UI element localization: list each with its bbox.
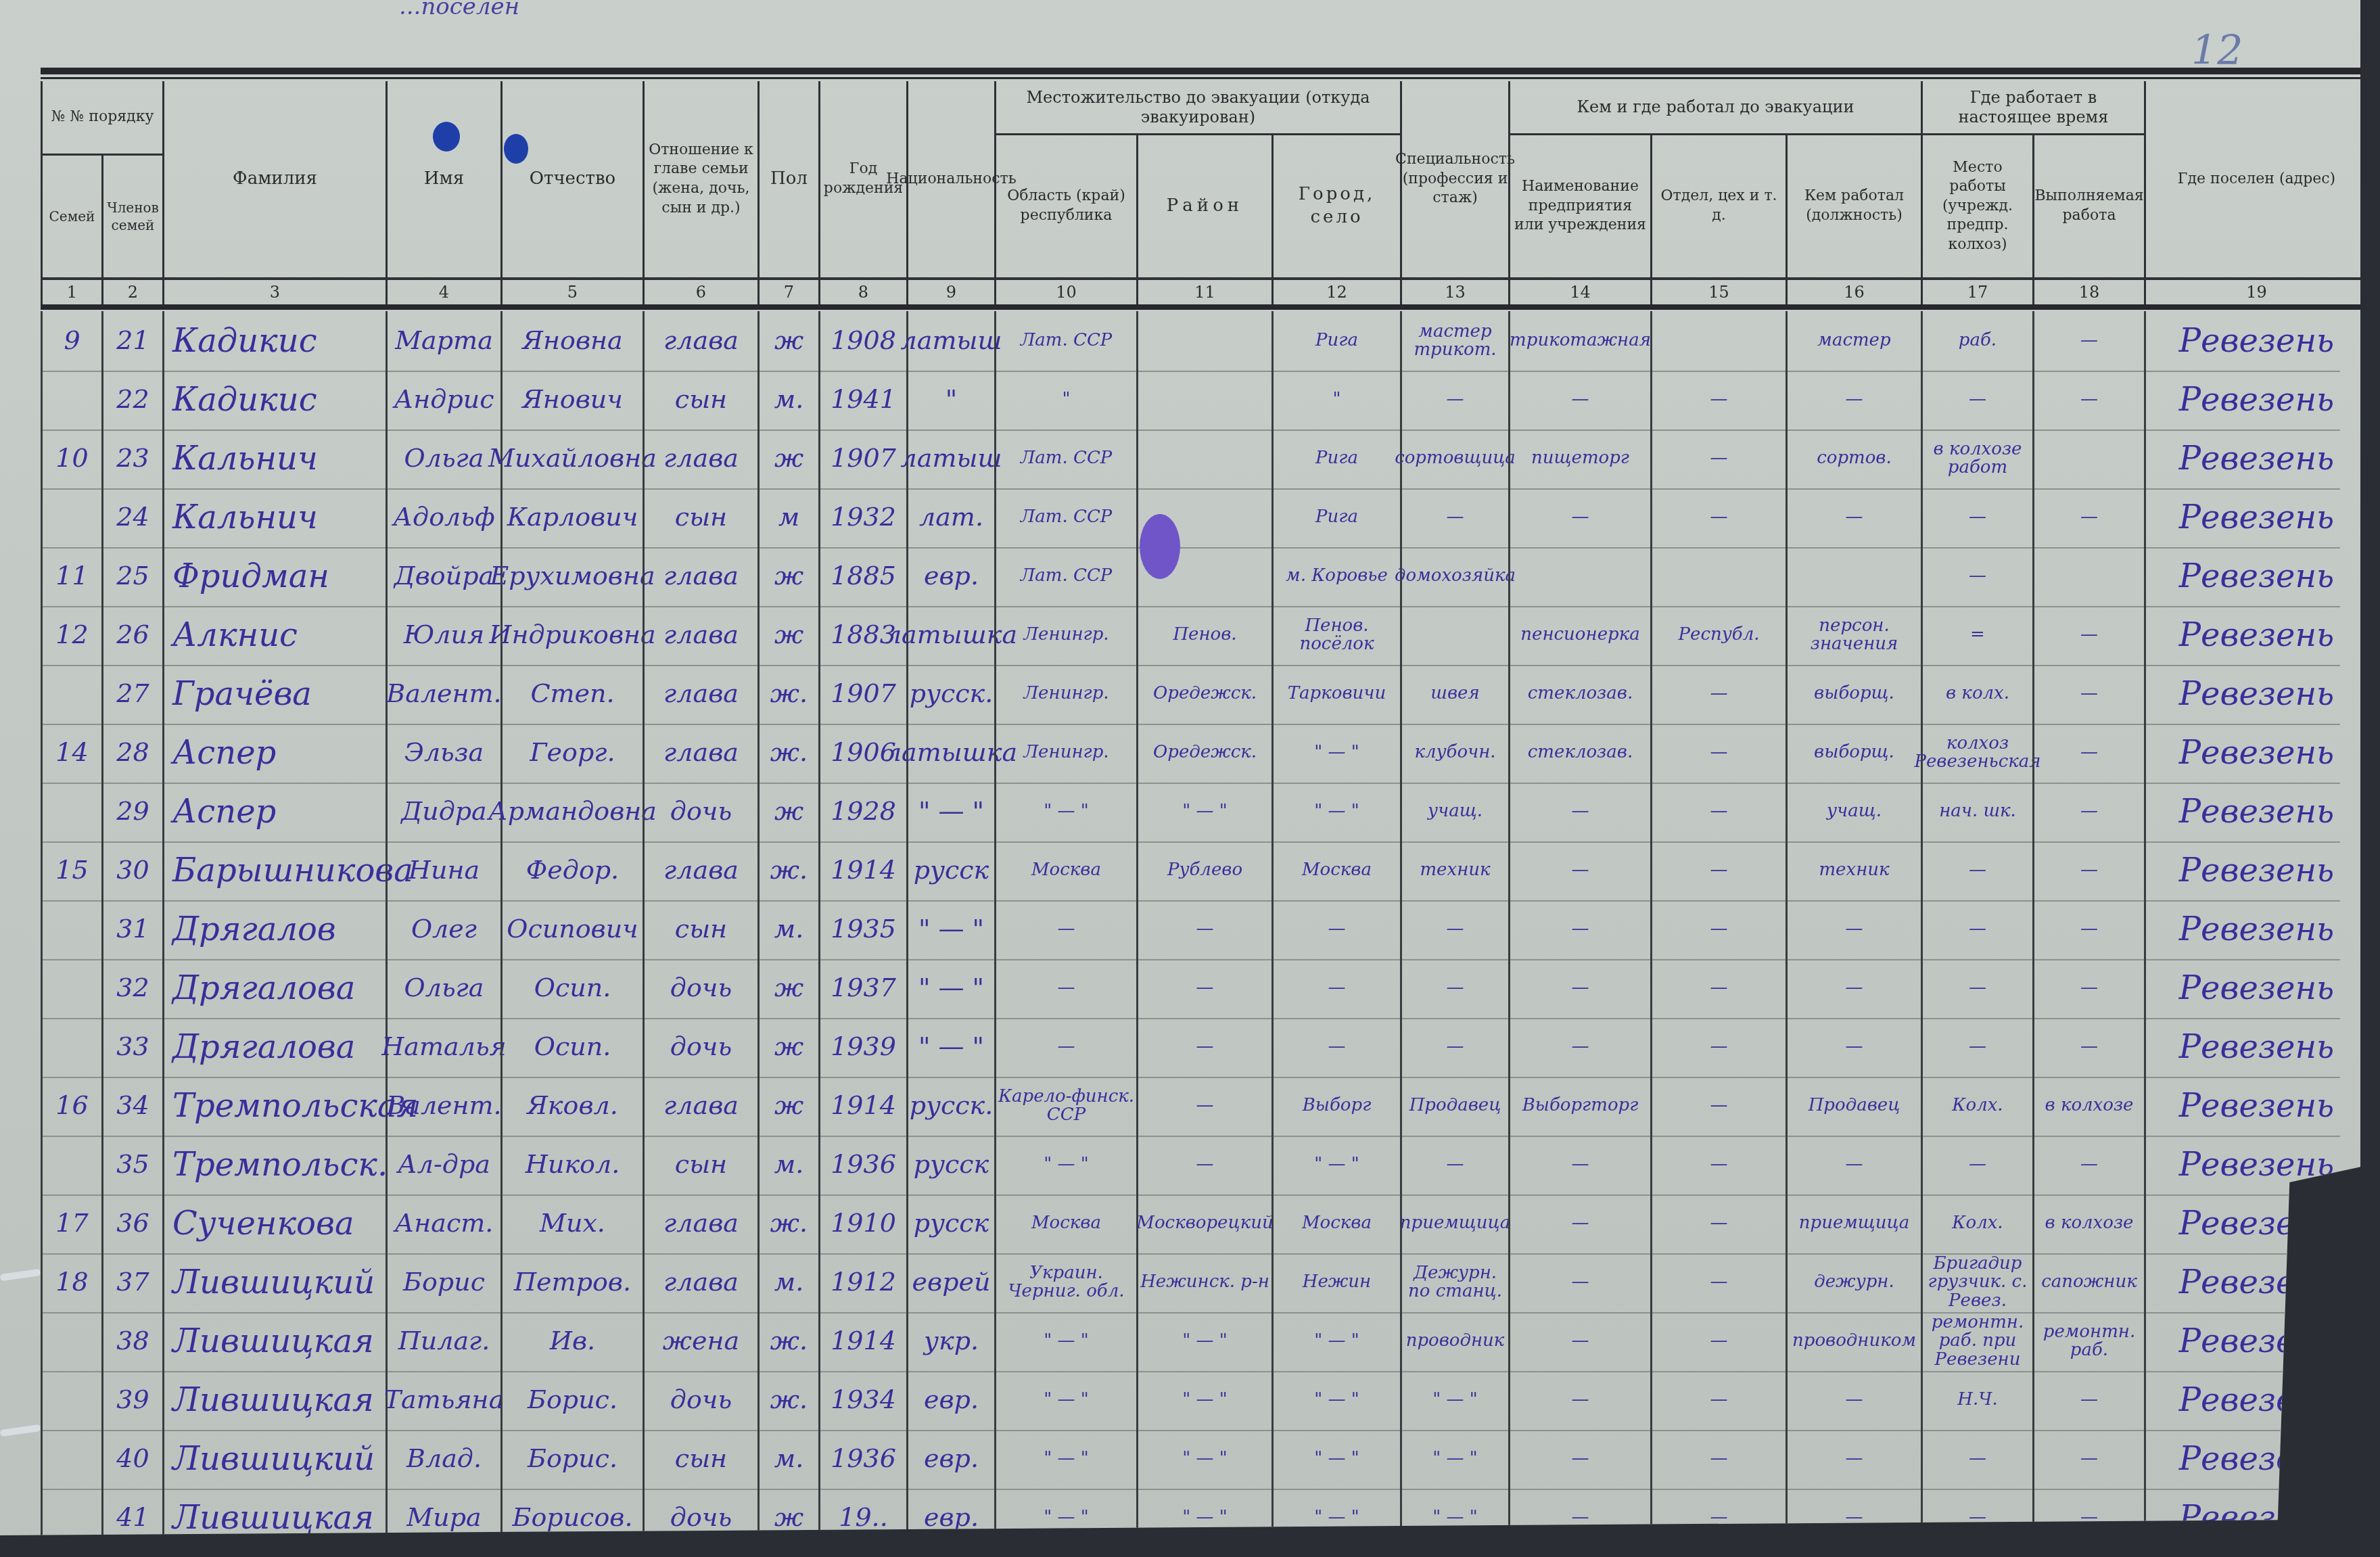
- cell-year: 1907: [818, 664, 906, 724]
- cell-specialty: —: [1400, 958, 1508, 1018]
- table-row: 1125ФридманДвойраЕрухимовнаглаваж1885евр…: [41, 547, 2340, 607]
- header-col-11: Район: [1136, 135, 1271, 277]
- cell-city: " — ": [1271, 1135, 1400, 1194]
- cell-year: 1937: [818, 958, 906, 1018]
- table-row: 1530БарышниковаНинаФедор.главаж.1914русс…: [41, 841, 2340, 902]
- cell-oblast: " — ": [994, 1429, 1136, 1489]
- cell-patronymic: Карлович: [500, 488, 643, 547]
- cell-address: Ревезень: [2144, 1429, 2367, 1489]
- cell-dept: Республ.: [1650, 605, 1786, 665]
- cell-sex: ж: [757, 311, 818, 371]
- cell-fam: [41, 1429, 101, 1489]
- cell-member: 35: [101, 1135, 162, 1194]
- header-col-19: Где поселен (адрес): [2144, 81, 2367, 277]
- cell-work-place: —: [1921, 1017, 2032, 1077]
- cell-oblast: Ленингр.: [994, 664, 1136, 724]
- cell-address: Ревезень: [2144, 1370, 2367, 1430]
- cell-relation: глава: [643, 1253, 757, 1312]
- cell-nationality: лат.: [906, 488, 994, 547]
- cell-dept: [1650, 547, 1786, 606]
- cell-dept: —: [1650, 1253, 1786, 1312]
- cell-raion: —: [1136, 1017, 1271, 1077]
- cell-name: Адольф: [386, 488, 500, 547]
- cell-name: Ал-дра: [386, 1135, 500, 1194]
- cell-address: Ревезень: [2144, 1135, 2367, 1194]
- cell-year: 1939: [818, 1017, 906, 1077]
- column-number: 17: [1921, 277, 2032, 304]
- cell-nationality: латышка: [906, 605, 994, 665]
- cell-fam: 10: [41, 429, 101, 488]
- cell-relation: глава: [643, 1076, 757, 1136]
- cell-fam: 9: [41, 311, 101, 371]
- cell-surname: Кальнич: [162, 488, 386, 547]
- cell-relation: дочь: [643, 958, 757, 1018]
- cell-city: Выборг: [1271, 1076, 1400, 1136]
- cell-dept: —: [1650, 841, 1786, 900]
- cell-work-place: —: [1921, 841, 2032, 900]
- table-row: 35Тремпольск.Ал-драНикол.сынм.1936русск"…: [41, 1135, 2340, 1196]
- cell-nationality: евр.: [906, 547, 994, 606]
- cell-surname: Сученкова: [162, 1194, 386, 1253]
- cell-member: 24: [101, 488, 162, 547]
- cell-position: —: [1786, 488, 1921, 547]
- cell-city: Рига: [1271, 311, 1400, 371]
- cell-city: " — ": [1271, 1370, 1400, 1430]
- cell-sex: ж: [757, 1017, 818, 1077]
- cell-raion: " — ": [1136, 1311, 1271, 1371]
- cell-relation: глава: [643, 429, 757, 488]
- cell-position: Продавец: [1786, 1076, 1921, 1136]
- cell-work-place: —: [1921, 488, 2032, 547]
- cell-dept: —: [1650, 1135, 1786, 1194]
- column-number: 16: [1786, 277, 1921, 304]
- cell-patronymic: Степ.: [500, 664, 643, 724]
- cell-relation: глава: [643, 1194, 757, 1253]
- cell-address: Ревезень: [2144, 547, 2367, 606]
- cell-specialty: домохозяйка: [1400, 547, 1508, 606]
- cell-member: 37: [101, 1253, 162, 1312]
- cell-position: —: [1786, 1017, 1921, 1077]
- cell-specialty: швея: [1400, 664, 1508, 724]
- cell-member: 31: [101, 900, 162, 959]
- register-sheet: ...поселен 12 № № порядку Семей Членов с…: [0, 0, 2360, 1535]
- cell-work-done: —: [2032, 841, 2144, 900]
- cell-surname: Дрягалова: [162, 958, 386, 1018]
- cell-nationality: евр.: [906, 1370, 994, 1430]
- cell-city: —: [1271, 958, 1400, 1018]
- cell-raion: —: [1136, 900, 1271, 959]
- header-group-work-now: Где работает в настоящее время: [1921, 81, 2144, 135]
- cell-address: Ревезень: [2144, 605, 2367, 665]
- cell-work-done: сапожник: [2032, 1253, 2144, 1312]
- cell-name: Татьяна: [386, 1370, 500, 1430]
- table-row: 29АсперДидраАрмандовнадочьж1928" — "" — …: [41, 782, 2340, 843]
- cell-position: выборщ.: [1786, 723, 1921, 783]
- cell-raion: —: [1136, 958, 1271, 1018]
- cell-relation: сын: [643, 1429, 757, 1489]
- cell-position: проводником: [1786, 1311, 1921, 1371]
- header-col-6: Отношение к главе семьи (жена, дочь, сын…: [643, 81, 757, 277]
- cell-enterprise: —: [1508, 1253, 1650, 1312]
- cell-oblast: —: [994, 900, 1136, 959]
- cell-position: —: [1786, 370, 1921, 429]
- cell-surname: Тремпольская: [162, 1076, 386, 1136]
- cell-relation: сын: [643, 1135, 757, 1194]
- cell-oblast: Лат. ССР: [994, 429, 1136, 488]
- cell-nationality: евр.: [906, 1488, 994, 1548]
- cell-work-done: —: [2032, 958, 2144, 1018]
- cell-address: Ревезень: [2144, 900, 2367, 959]
- cell-work-done: —: [2032, 1370, 2144, 1430]
- cell-year: 1936: [818, 1135, 906, 1194]
- cell-raion: —: [1136, 1076, 1271, 1136]
- header-col-4: Имя: [386, 81, 500, 277]
- header-col-7: Пол: [757, 81, 818, 277]
- cell-specialty: сортовщица: [1400, 429, 1508, 488]
- cell-city: Нежин: [1271, 1253, 1400, 1312]
- cell-surname: Барышникова: [162, 841, 386, 900]
- cell-sex: ж: [757, 1488, 818, 1548]
- header-col-12: Город, село: [1271, 135, 1400, 277]
- cell-relation: глава: [643, 723, 757, 783]
- cell-patronymic: Борис.: [500, 1370, 643, 1430]
- cell-enterprise: [1508, 547, 1650, 606]
- cell-dept: —: [1650, 782, 1786, 841]
- cell-relation: сын: [643, 370, 757, 429]
- cell-city: " — ": [1271, 1311, 1400, 1371]
- cell-work-done: —: [2032, 782, 2144, 841]
- cell-name: Двойра: [386, 547, 500, 606]
- binding-thread: [0, 1424, 41, 1437]
- cell-address: Ревезень: [2144, 370, 2367, 429]
- cell-oblast: ": [994, 370, 1136, 429]
- cell-name: Валент.: [386, 1076, 500, 1136]
- table-row: 921КадикисМартаЯновнаглаваж1908латышЛат.…: [41, 311, 2340, 372]
- cell-raion: Рублево: [1136, 841, 1271, 900]
- cell-city: м. Коровье: [1271, 547, 1400, 606]
- cell-member: 34: [101, 1076, 162, 1136]
- cell-position: —: [1786, 1429, 1921, 1489]
- cell-work-place: в колхозе работ: [1921, 429, 2032, 488]
- cell-position: сортов.: [1786, 429, 1921, 488]
- cell-surname: Дрягалова: [162, 1017, 386, 1077]
- header-col-13: Специальность (профессия и стаж): [1400, 81, 1508, 277]
- cell-sex: ж.: [757, 1311, 818, 1371]
- cell-sex: ж.: [757, 841, 818, 900]
- cell-specialty: " — ": [1400, 1488, 1508, 1548]
- cell-enterprise: —: [1508, 1017, 1650, 1077]
- cell-relation: глава: [643, 311, 757, 371]
- cell-work-place: колхоз Ревезеньская: [1921, 723, 2032, 783]
- cell-surname: Кальнич: [162, 429, 386, 488]
- column-number: 9: [906, 277, 994, 304]
- cell-enterprise: —: [1508, 1194, 1650, 1253]
- cell-address: Ревезень: [2144, 1017, 2367, 1077]
- cell-relation: дочь: [643, 1017, 757, 1077]
- cell-work-place: Колх.: [1921, 1194, 2032, 1253]
- cell-raion: " — ": [1136, 1488, 1271, 1548]
- cell-enterprise: стеклозав.: [1508, 723, 1650, 783]
- cell-year: 1932: [818, 488, 906, 547]
- cell-position: выборщ.: [1786, 664, 1921, 724]
- cell-name: Ольга: [386, 429, 500, 488]
- column-number: 14: [1508, 277, 1650, 304]
- header-col-15: Отдел, цех и т. д.: [1650, 135, 1786, 277]
- cell-fam: [41, 958, 101, 1018]
- cell-enterprise: —: [1508, 1429, 1650, 1489]
- cell-address: Ревезень: [2144, 958, 2367, 1018]
- cell-nationality: латыш: [906, 311, 994, 371]
- table-row: 1736СученковаАнаст.Мих.главаж.1910русскМ…: [41, 1194, 2340, 1255]
- cell-specialty: проводник: [1400, 1311, 1508, 1371]
- cell-work-done: [2032, 429, 2144, 488]
- cell-patronymic: Борис.: [500, 1429, 643, 1489]
- cell-fam: 18: [41, 1253, 101, 1312]
- cell-surname: Алкнис: [162, 605, 386, 665]
- cell-nationality: латыш: [906, 429, 994, 488]
- cell-member: 28: [101, 723, 162, 783]
- cell-address: Ревезень: [2144, 1488, 2367, 1548]
- cell-address: Ревезень: [2144, 664, 2367, 724]
- cell-position: —: [1786, 1135, 1921, 1194]
- cell-patronymic: Осипович: [500, 900, 643, 959]
- cell-member: 21: [101, 311, 162, 371]
- cell-specialty: —: [1400, 370, 1508, 429]
- cell-work-place: нач. шк.: [1921, 782, 2032, 841]
- cell-work-done: —: [2032, 605, 2144, 665]
- cell-member: 25: [101, 547, 162, 606]
- cell-member: 33: [101, 1017, 162, 1077]
- cell-nationality: русск: [906, 1194, 994, 1253]
- cell-member: 40: [101, 1429, 162, 1489]
- cell-patronymic: Федор.: [500, 841, 643, 900]
- cell-specialty: —: [1400, 900, 1508, 959]
- cell-specialty: клубочн.: [1400, 723, 1508, 783]
- cell-work-place: —: [1921, 547, 2032, 606]
- cell-dept: —: [1650, 1488, 1786, 1548]
- cell-year: 1936: [818, 1429, 906, 1489]
- cell-dept: —: [1650, 900, 1786, 959]
- cell-city: —: [1271, 1017, 1400, 1077]
- table-row: 27ГрачёваВалент.Степ.главаж.1907русск.Ле…: [41, 664, 2340, 725]
- cell-work-done: —: [2032, 370, 2144, 429]
- cell-relation: глава: [643, 664, 757, 724]
- cell-enterprise: пенсионерка: [1508, 605, 1650, 665]
- cell-work-done: —: [2032, 723, 2144, 783]
- cell-city: " — ": [1271, 1488, 1400, 1548]
- cell-member: 36: [101, 1194, 162, 1253]
- cell-surname: Лившицкий: [162, 1253, 386, 1312]
- cell-address: Ревезень: [2144, 311, 2367, 371]
- cell-fam: [41, 1311, 101, 1371]
- cell-relation: дочь: [643, 1370, 757, 1430]
- cell-work-place: —: [1921, 1135, 2032, 1194]
- cell-position: [1786, 547, 1921, 606]
- cell-work-place: —: [1921, 1488, 2032, 1548]
- cell-year: 1912: [818, 1253, 906, 1312]
- cell-oblast: Лат. ССР: [994, 488, 1136, 547]
- cell-specialty: Продавец: [1400, 1076, 1508, 1136]
- cell-address: Ревезень: [2144, 488, 2367, 547]
- cell-name: Олег: [386, 900, 500, 959]
- cell-position: дежурн.: [1786, 1253, 1921, 1312]
- cell-oblast: Москва: [994, 841, 1136, 900]
- header-col-2: Членов семей: [101, 156, 162, 277]
- cell-enterprise: Выборгторг: [1508, 1076, 1650, 1136]
- cell-position: —: [1786, 1488, 1921, 1548]
- cell-city: Рига: [1271, 429, 1400, 488]
- cell-specialty: —: [1400, 1135, 1508, 1194]
- cell-year: 1914: [818, 841, 906, 900]
- cell-oblast: Москва: [994, 1194, 1136, 1253]
- cell-name: Юлия: [386, 605, 500, 665]
- header-col-9: Национальность: [906, 81, 994, 277]
- cell-position: техник: [1786, 841, 1921, 900]
- cell-dept: —: [1650, 370, 1786, 429]
- cell-patronymic: Георг.: [500, 723, 643, 783]
- cell-enterprise: пищеторг: [1508, 429, 1650, 488]
- cell-work-place: =: [1921, 605, 2032, 665]
- cell-specialty: техник: [1400, 841, 1508, 900]
- cell-year: 1914: [818, 1311, 906, 1371]
- cell-address: Ревезень: [2144, 723, 2367, 783]
- cell-nationality: " — ": [906, 1017, 994, 1077]
- binding-thread: [0, 1269, 41, 1281]
- cell-sex: ж: [757, 605, 818, 665]
- cell-specialty: приемщица: [1400, 1194, 1508, 1253]
- cell-oblast: " — ": [994, 1135, 1136, 1194]
- cell-member: 27: [101, 664, 162, 724]
- cell-dept: —: [1650, 1194, 1786, 1253]
- cell-fam: [41, 782, 101, 841]
- cell-name: Дидра: [386, 782, 500, 841]
- cell-member: 29: [101, 782, 162, 841]
- column-number: 1: [41, 277, 101, 304]
- cell-member: 38: [101, 1311, 162, 1371]
- cell-position: учащ.: [1786, 782, 1921, 841]
- cell-fam: 12: [41, 605, 101, 665]
- cell-sex: ж.: [757, 1370, 818, 1430]
- cell-member: 30: [101, 841, 162, 900]
- cell-surname: Лившицкая: [162, 1488, 386, 1548]
- cell-raion: Оредежск.: [1136, 664, 1271, 724]
- cell-work-done: —: [2032, 311, 2144, 371]
- cell-nationality: " — ": [906, 900, 994, 959]
- column-number: 18: [2032, 277, 2144, 304]
- cell-relation: сын: [643, 900, 757, 959]
- cell-work-done: —: [2032, 1017, 2144, 1077]
- cell-oblast: Ленингр.: [994, 605, 1136, 665]
- column-number: 11: [1136, 277, 1271, 304]
- column-number: 7: [757, 277, 818, 304]
- cell-relation: дочь: [643, 1488, 757, 1548]
- cell-sex: м.: [757, 1135, 818, 1194]
- header-col-14: Наименование предприятия или учреждения: [1508, 135, 1650, 277]
- cell-dept: —: [1650, 958, 1786, 1018]
- cell-work-done: —: [2032, 1429, 2144, 1489]
- table-row: 40ЛившицкийВлад.Борис.сынм.1936евр." — "…: [41, 1429, 2340, 1490]
- cell-dept: —: [1650, 1017, 1786, 1077]
- header-col-3: Фамилия: [162, 81, 386, 277]
- cell-city: —: [1271, 900, 1400, 959]
- header-col-18: Выполняемая работа: [2032, 135, 2144, 277]
- cell-position: мастер: [1786, 311, 1921, 371]
- cell-fam: [41, 488, 101, 547]
- cell-patronymic: Яновна: [500, 311, 643, 371]
- table-row: 1634ТремпольскаяВалент.Яковл.главаж1914р…: [41, 1076, 2340, 1137]
- cell-work-place: Бригадир грузчик. с. Ревез.: [1921, 1253, 2032, 1312]
- cell-raion: [1136, 370, 1271, 429]
- cell-fam: [41, 664, 101, 724]
- cell-patronymic: Яковл.: [500, 1076, 643, 1136]
- column-number: 12: [1271, 277, 1400, 304]
- column-number: 8: [818, 277, 906, 304]
- cell-name: Марта: [386, 311, 500, 371]
- cell-fam: [41, 370, 101, 429]
- cell-city: Тарковичи: [1271, 664, 1400, 724]
- cell-specialty: —: [1400, 1017, 1508, 1077]
- cell-patronymic: Осип.: [500, 1017, 643, 1077]
- header-order-numbers: № № порядку: [41, 81, 162, 156]
- cell-sex: ж.: [757, 1194, 818, 1253]
- header-group-work-before: Кем и где работал до эвакуации: [1508, 81, 1921, 135]
- cell-sex: ж: [757, 782, 818, 841]
- cell-enterprise: трикотажная: [1508, 311, 1650, 371]
- cell-nationality: " — ": [906, 782, 994, 841]
- cell-specialty: Дежурн. по станц.: [1400, 1253, 1508, 1312]
- cell-surname: Лившицкая: [162, 1311, 386, 1371]
- cell-oblast: " — ": [994, 1488, 1136, 1548]
- cell-surname: Кадикис: [162, 370, 386, 429]
- cell-oblast: " — ": [994, 782, 1136, 841]
- cell-sex: ж: [757, 1076, 818, 1136]
- table-row: 32ДрягаловаОльгаОсип.дочьж1937" — "—————…: [41, 958, 2340, 1019]
- table-row: 1023КальничОльгаМихайловнаглаваж1907латы…: [41, 429, 2340, 490]
- table-row: 1226АлкнисЮлияИндриковнаглаваж1883латышк…: [41, 605, 2340, 666]
- cell-dept: —: [1650, 723, 1786, 783]
- column-number: 10: [994, 277, 1136, 304]
- cell-patronymic: Индриковна: [500, 605, 643, 665]
- cell-city: " — ": [1271, 723, 1400, 783]
- cell-work-place: —: [1921, 958, 2032, 1018]
- cell-fam: 14: [41, 723, 101, 783]
- cell-raion: —: [1136, 1135, 1271, 1194]
- cell-address: Ревезень: [2144, 429, 2367, 488]
- cell-fam: [41, 1488, 101, 1548]
- cell-relation: дочь: [643, 782, 757, 841]
- cell-year: 1910: [818, 1194, 906, 1253]
- cell-nationality: ": [906, 370, 994, 429]
- cell-specialty: " — ": [1400, 1370, 1508, 1430]
- column-number: 3: [162, 277, 386, 304]
- cell-raion: " — ": [1136, 782, 1271, 841]
- cell-name: Анаст.: [386, 1194, 500, 1253]
- cell-raion: Оредежск.: [1136, 723, 1271, 783]
- cell-patronymic: Осип.: [500, 958, 643, 1018]
- cell-relation: глава: [643, 547, 757, 606]
- table-row: 22КадикисАндрисЯновичсынм.1941"""——————Р…: [41, 370, 2340, 431]
- cell-year: 19..: [818, 1488, 906, 1548]
- cell-specialty: " — ": [1400, 1429, 1508, 1489]
- cell-nationality: латышка: [906, 723, 994, 783]
- cell-work-place: раб.: [1921, 311, 2032, 371]
- cell-position: —: [1786, 958, 1921, 1018]
- cell-work-done: в колхозе: [2032, 1194, 2144, 1253]
- cell-name: Валент.: [386, 664, 500, 724]
- cell-oblast: —: [994, 1017, 1136, 1077]
- cell-patronymic: Михайловна: [500, 429, 643, 488]
- cell-address: Ревезень: [2144, 841, 2367, 900]
